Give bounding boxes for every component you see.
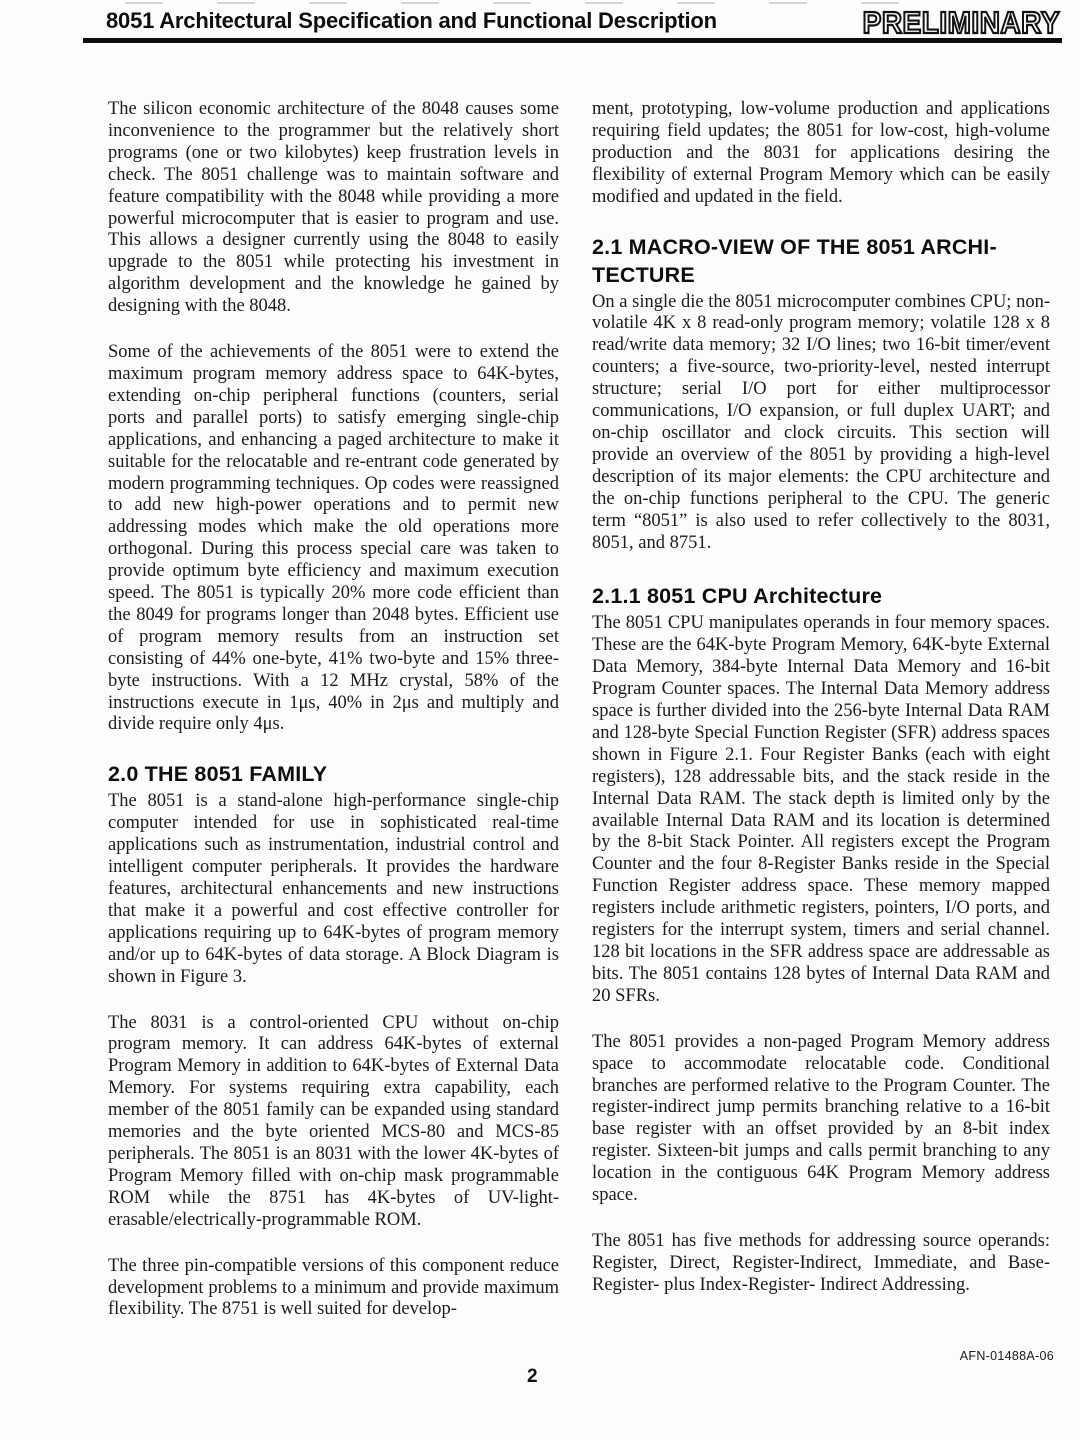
paragraph: The 8051 has five methods for addressing… xyxy=(592,1231,1050,1297)
heading-line: 2.1 MACRO-VIEW OF THE 8051 ARCHI- xyxy=(592,235,997,259)
paragraph: The 8051 CPU manipulates operands in fou… xyxy=(592,613,1050,1007)
paragraph: The three pin-compatible versions of thi… xyxy=(108,1256,559,1322)
scan-artifact-line xyxy=(125,2,905,4)
preliminary-stamp: PRELIMINARY xyxy=(863,6,1060,41)
paragraph: The 8051 is a stand-alone high-performan… xyxy=(108,791,559,988)
header-rule xyxy=(83,38,1062,43)
paragraph: The silicon economic architecture of the… xyxy=(108,99,559,318)
section-heading-2-1: 2.1 MACRO-VIEW OF THE 8051 ARCHI-TECTURE xyxy=(592,233,1050,289)
paragraph: Some of the achievements of the 8051 wer… xyxy=(108,342,559,736)
paragraph: The 8051 provides a non-paged Program Me… xyxy=(592,1032,1050,1207)
paragraph: ment, prototyping, low-volume production… xyxy=(592,99,1050,209)
paragraph: On a single die the 8051 microcomputer c… xyxy=(592,292,1050,555)
document-page: 8051 Architectural Specification and Fun… xyxy=(0,0,1080,1440)
page-title: 8051 Architectural Specification and Fun… xyxy=(106,8,717,34)
page-number: 2 xyxy=(527,1366,538,1388)
section-heading-2-1-1: 2.1.1 8051 CPU Architecture xyxy=(592,582,1050,610)
paragraph: The 8031 is a control-oriented CPU witho… xyxy=(108,1013,559,1232)
left-column: The silicon economic architecture of the… xyxy=(108,99,559,1345)
right-column: ment, prototyping, low-volume production… xyxy=(592,99,1050,1321)
section-heading-2-0: 2.0 THE 8051 FAMILY xyxy=(108,760,559,788)
heading-line: TECTURE xyxy=(592,263,695,287)
doc-code: AFN-01488A-06 xyxy=(960,1349,1054,1363)
